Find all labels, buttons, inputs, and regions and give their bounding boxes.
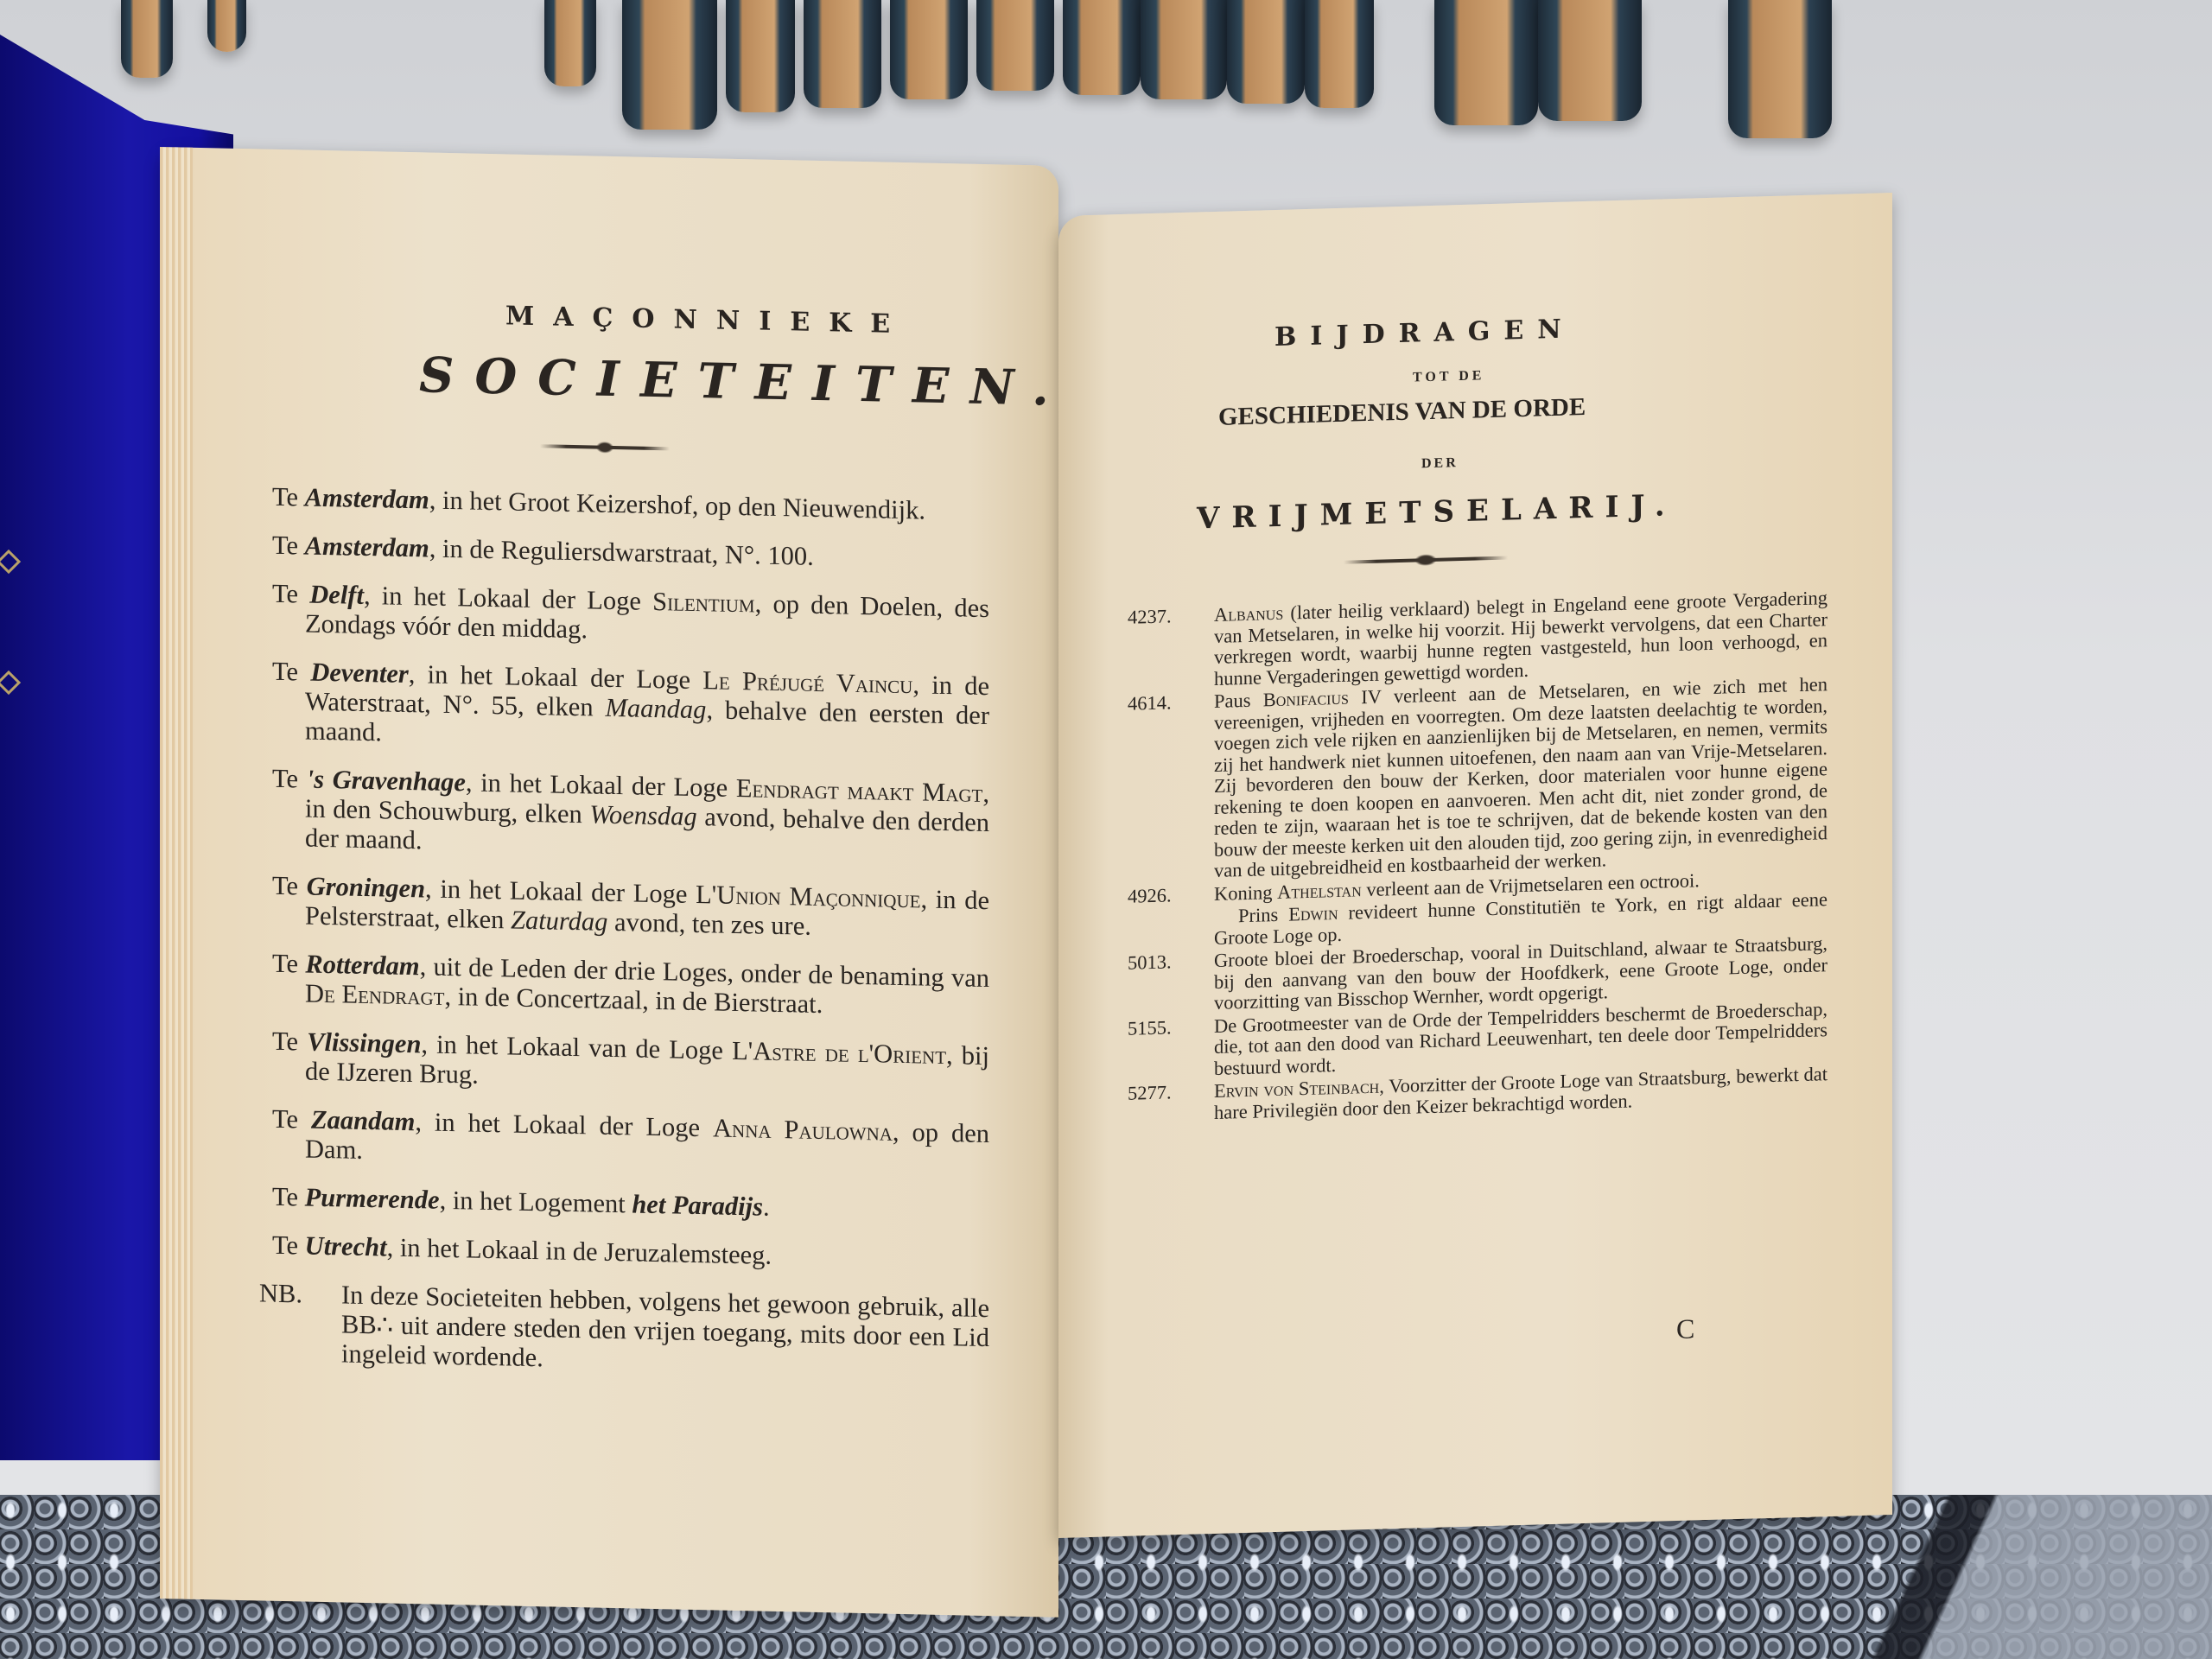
- left-page: MAÇONNIEKE SOCIETEITEN. Te Amsterdam, in…: [160, 147, 1058, 1618]
- book-spine: [890, 0, 968, 99]
- lodge-name: Le Préjugé Vaincu: [702, 665, 912, 699]
- book-spine: [1227, 0, 1305, 104]
- society-entry: Te Amsterdam, in het Groot Keizershof, o…: [272, 482, 989, 526]
- lodge-name: Anna Paulowna: [713, 1113, 893, 1146]
- venue-name: het Paradijs: [632, 1189, 763, 1221]
- lodge-name: De Eendragt: [305, 979, 444, 1011]
- city-name: Amsterdam: [305, 483, 429, 515]
- person-name: Edwin: [1288, 902, 1338, 925]
- societies-list: Te Amsterdam, in het Groot Keizershof, o…: [272, 482, 989, 1401]
- society-entry: Te Rotterdam, uit de Leden der drie Loge…: [272, 949, 989, 1022]
- book-spine: [1538, 0, 1642, 121]
- person-name: Athelstan: [1277, 879, 1362, 903]
- book-spine: [1728, 0, 1832, 138]
- society-entry: Te Deventer, in het Lokaal der Loge Le P…: [272, 657, 989, 760]
- chronology-list: 4237. Albanus (later heilig verklaard) b…: [1128, 588, 1827, 1128]
- nota-bene-note: NB. In deze Societeiten hebben, volgens …: [272, 1279, 989, 1382]
- society-entry: Te Delft, in het Lokaal der Loge Silenti…: [272, 579, 989, 652]
- ornament-rule: [1344, 556, 1508, 563]
- entry-year: 4614.: [1128, 692, 1172, 715]
- book-spine: [207, 0, 246, 52]
- weekday: Zaturdag: [511, 906, 607, 937]
- entry-year: 4926.: [1128, 885, 1172, 907]
- heading-societeiten: SOCIETEITEN.: [419, 346, 1070, 417]
- lodge-name: L'Astre de l'Orient: [732, 1036, 946, 1070]
- entry-year: 5277.: [1128, 1082, 1172, 1104]
- ornament-rule: [540, 444, 670, 450]
- city-name: Amsterdam: [305, 531, 429, 563]
- book-spine: [1141, 0, 1227, 99]
- book-spine: [976, 0, 1054, 91]
- gilt-ornament-icon: [0, 550, 21, 574]
- weekday: Maandag: [606, 693, 707, 724]
- entry-year: 5013.: [1128, 951, 1172, 974]
- book-spine: [622, 0, 717, 130]
- page-edge: [160, 147, 193, 1599]
- book-spine: [726, 0, 795, 112]
- city-name: Vlissingen: [307, 1027, 421, 1059]
- society-entry: Te 's Gravenhage, in het Lokaal der Loge…: [272, 764, 989, 867]
- lodge-name: L'Union Maçonnique: [696, 880, 920, 913]
- book-spine: [1434, 0, 1538, 125]
- book-spine: [804, 0, 881, 108]
- heading-tot-de: TOT DE: [1413, 368, 1484, 385]
- city-name: Rotterdam: [305, 950, 419, 982]
- city-name: Groningen: [307, 872, 425, 904]
- society-entry: Te Amsterdam, in de Reguliersdwarstraat,…: [272, 531, 989, 575]
- gilt-ornament-icon: [0, 671, 21, 695]
- heading-geschiedenis: GESCHIEDENIS VAN DE ORDE: [1218, 393, 1586, 432]
- book-spine: [544, 0, 596, 86]
- society-entry: Te Utrecht, in het Lokaal in de Jeruzale…: [272, 1230, 989, 1274]
- person-name: Bonifacius: [1263, 687, 1349, 711]
- society-entry: Te Purmerende, in het Logement het Parad…: [272, 1182, 989, 1226]
- city-name: Zaandam: [311, 1105, 415, 1137]
- society-entry: Te Zaandam, in het Lokaal der Loge Anna …: [272, 1104, 989, 1178]
- weekday: Woensdag: [589, 799, 696, 831]
- heading-vrijmetselarij: VRIJMETSELARIJ.: [1197, 488, 1677, 537]
- city-name: Utrecht: [305, 1231, 387, 1262]
- city-name: Deventer: [310, 658, 408, 689]
- city-name: Purmerende: [305, 1183, 440, 1215]
- heading-bijdragen: BIJDRAGEN: [1274, 314, 1575, 353]
- book-spine: [121, 0, 173, 78]
- lodge-name: Silentium: [652, 587, 754, 618]
- person-name: Albanus: [1214, 602, 1283, 626]
- society-entry: Te Groningen, in het Lokaal der Loge L'U…: [272, 871, 989, 944]
- right-page: BIJDRAGEN TOT DE GESCHIEDENIS VAN DE ORD…: [1058, 193, 1892, 1538]
- society-entry: Te Vlissingen, in het Lokaal van de Loge…: [272, 1027, 989, 1100]
- city-name: Delft: [309, 580, 364, 610]
- entry-year: 5155.: [1128, 1017, 1172, 1039]
- heading-der: DER: [1421, 455, 1459, 472]
- entry-year: 4237.: [1128, 606, 1172, 628]
- city-name: 's Gravenhage: [307, 765, 466, 798]
- signature-mark: C: [1676, 1313, 1694, 1345]
- book-spines-row: [104, 0, 1849, 138]
- heading-maconnieke: MAÇONNIEKE: [505, 301, 909, 340]
- book-spine: [1305, 0, 1374, 108]
- chronology-entry: 4614. Paus Bonifacius IV verleent aan de…: [1128, 674, 1827, 884]
- book-spine: [1063, 0, 1141, 95]
